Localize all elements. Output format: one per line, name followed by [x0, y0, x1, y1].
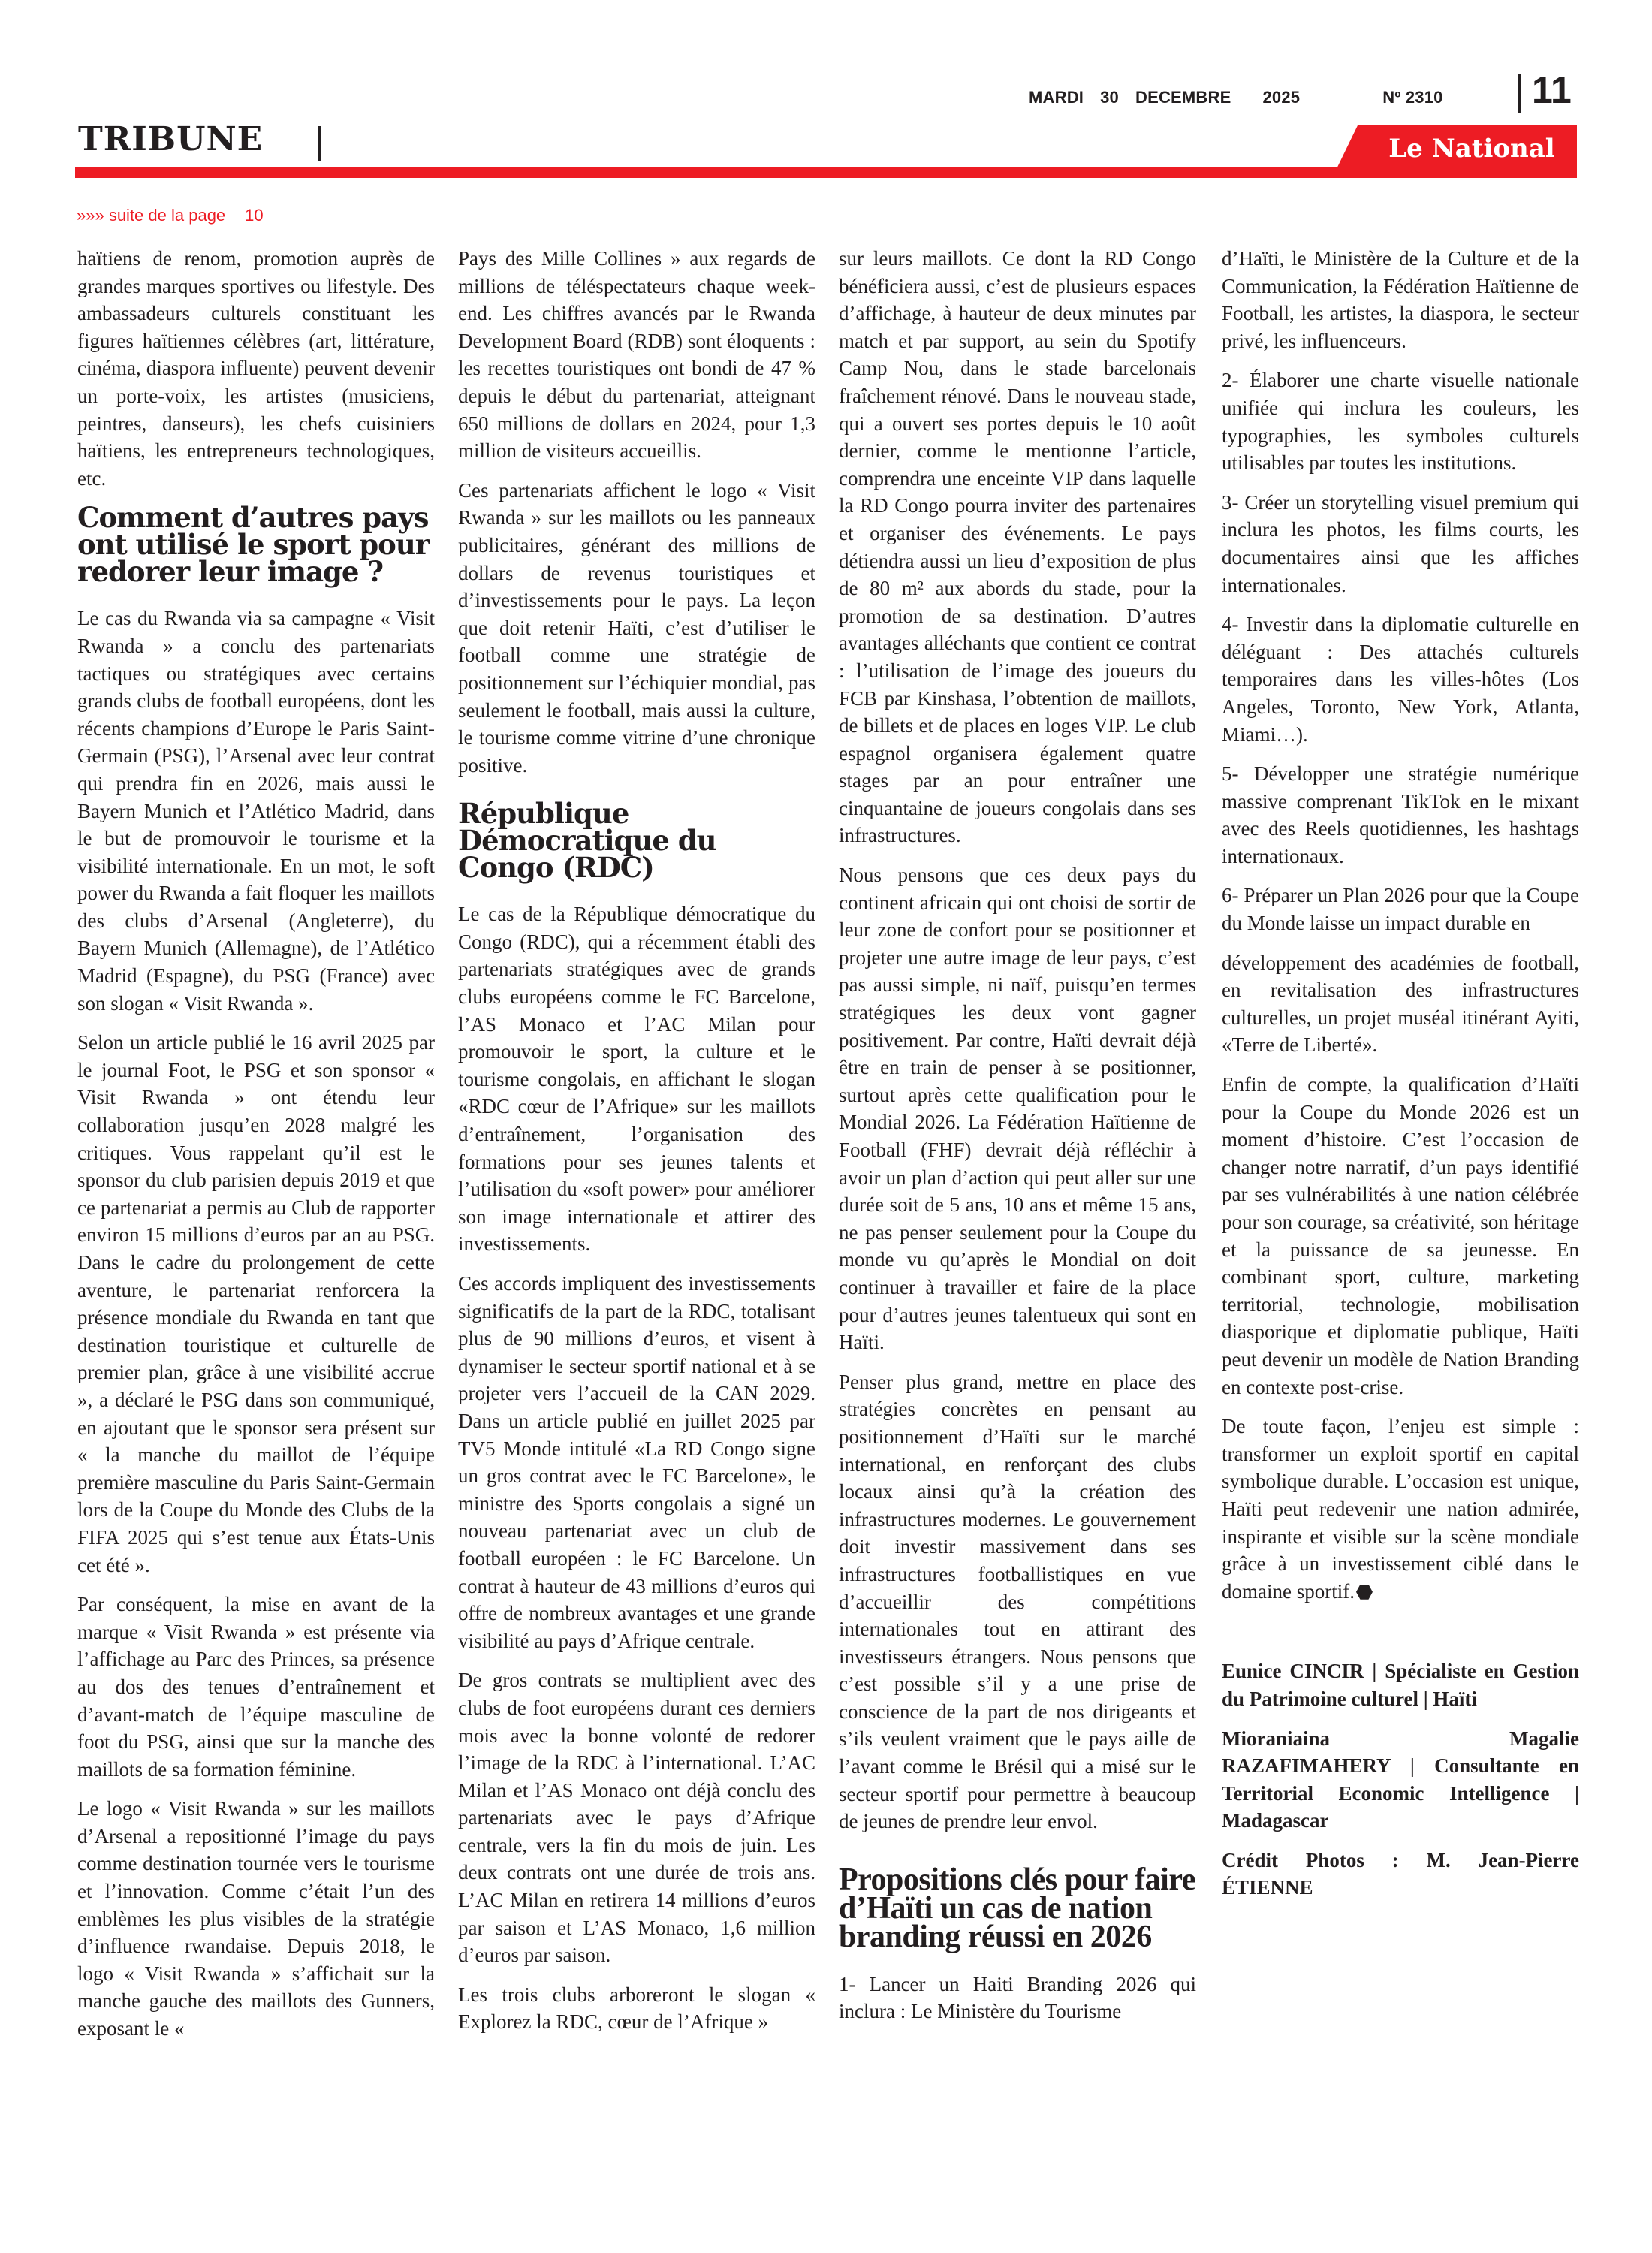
- article-column-1: haïtiens de renom, promotion auprès de g…: [77, 245, 435, 2055]
- closing-text: De toute façon, l’enjeu est simple : tra…: [1222, 1415, 1579, 1603]
- list-item-6: 6- Préparer un Plan 2026 pour que la Cou…: [1222, 882, 1579, 936]
- paragraph: Penser plus grand, mettre en place des s…: [839, 1368, 1196, 1835]
- issue-date: 30: [1100, 88, 1119, 107]
- photo-credit: Crédit Photos : M. Jean-Pierre ÉTIENNE: [1222, 1847, 1579, 1902]
- continued-from-link[interactable]: »»» suite de la page10: [77, 204, 264, 227]
- author-signatures: Eunice CINCIR | Spécialiste en Gestion d…: [1222, 1657, 1579, 1835]
- subheading-rdc: République Démocratique du Congo (RDC): [458, 800, 815, 881]
- subheading-rwanda: Comment d’autres pays ont utilisé le spo…: [77, 504, 435, 585]
- article-column-4: d’Haïti, le Ministère de la Culture et d…: [1222, 245, 1579, 1914]
- section-title: TRIBUNE: [78, 119, 263, 161]
- paragraph: Selon un article publié le 16 avril 2025…: [77, 1029, 435, 1579]
- continued-label: »»» suite de la page: [77, 206, 225, 225]
- hexagon-end-mark-icon: [1356, 1585, 1373, 1600]
- paragraph: Le cas de la République démocratique du …: [458, 900, 815, 1258]
- paragraph: Les trois clubs arboreront le slogan « E…: [458, 1981, 815, 2036]
- article-column-2: Pays des Mille Collines » aux regards de…: [458, 245, 815, 2048]
- issue-dateline: MARDI 30 DECEMBRE 2025 Nº 2310: [1029, 83, 1494, 113]
- paragraph: Ces accords impliquent des investissemen…: [458, 1270, 815, 1654]
- section-divider: [318, 126, 321, 161]
- paragraph: sur leurs maillots. Ce dont la RD Congo …: [839, 245, 1196, 849]
- page-number: 11: [1532, 68, 1572, 113]
- paragraph: développement des académies de football,…: [1222, 949, 1579, 1059]
- list-item-3: 3- Créer un storytelling visuel premium …: [1222, 489, 1579, 599]
- subheading-propositions: Propositions clés pour faire d’Haïti un …: [839, 1865, 1196, 1951]
- paragraph: haïtiens de renom, promotion auprès de g…: [77, 245, 435, 492]
- article-column-3: sur leurs maillots. Ce dont la RD Congo …: [839, 245, 1196, 2037]
- paragraph: Pays des Mille Collines » aux regards de…: [458, 245, 815, 465]
- continued-page: 10: [245, 206, 263, 225]
- paragraph: Nous pensons que ces deux pays du contin…: [839, 861, 1196, 1356]
- paragraph: Le logo « Visit Rwanda » sur les maillot…: [77, 1795, 435, 2042]
- issue-number: Nº 2310: [1382, 88, 1442, 107]
- list-item-5: 5- Développer une stratégie numérique ma…: [1222, 760, 1579, 870]
- newspaper-brand: Le National: [1374, 129, 1569, 168]
- author-signature: Mioraniaina Magalie RAZAFIMAHERY | Consu…: [1222, 1725, 1579, 1835]
- author-signature: Eunice CINCIR | Spécialiste en Gestion d…: [1222, 1657, 1579, 1712]
- paragraph: d’Haïti, le Ministère de la Culture et d…: [1222, 245, 1579, 354]
- paragraph: Enfin de compte, la qualification d’Haït…: [1222, 1071, 1579, 1401]
- paragraph: De gros contrats se multiplient avec des…: [458, 1666, 815, 1969]
- list-item-2: 2- Élaborer une charte visuelle national…: [1222, 366, 1579, 476]
- issue-month: DECEMBRE: [1135, 88, 1231, 107]
- paragraph: Ces partenariats affichent le logo « Vis…: [458, 477, 815, 780]
- paragraph: 1- Lancer un Haiti Branding 2026 qui inc…: [839, 1971, 1196, 2025]
- issue-year: 2025: [1262, 88, 1300, 107]
- list-item-4: 4- Investir dans la diplomatie culturell…: [1222, 611, 1579, 748]
- paragraph: Par conséquent, la mise en avant de la m…: [77, 1591, 435, 1783]
- paragraph: Le cas du Rwanda via sa campagne « Visit…: [77, 605, 435, 1017]
- issue-day: MARDI: [1029, 88, 1084, 107]
- closing-paragraph: De toute façon, l’enjeu est simple : tra…: [1222, 1413, 1579, 1605]
- page-number-divider: [1518, 74, 1521, 113]
